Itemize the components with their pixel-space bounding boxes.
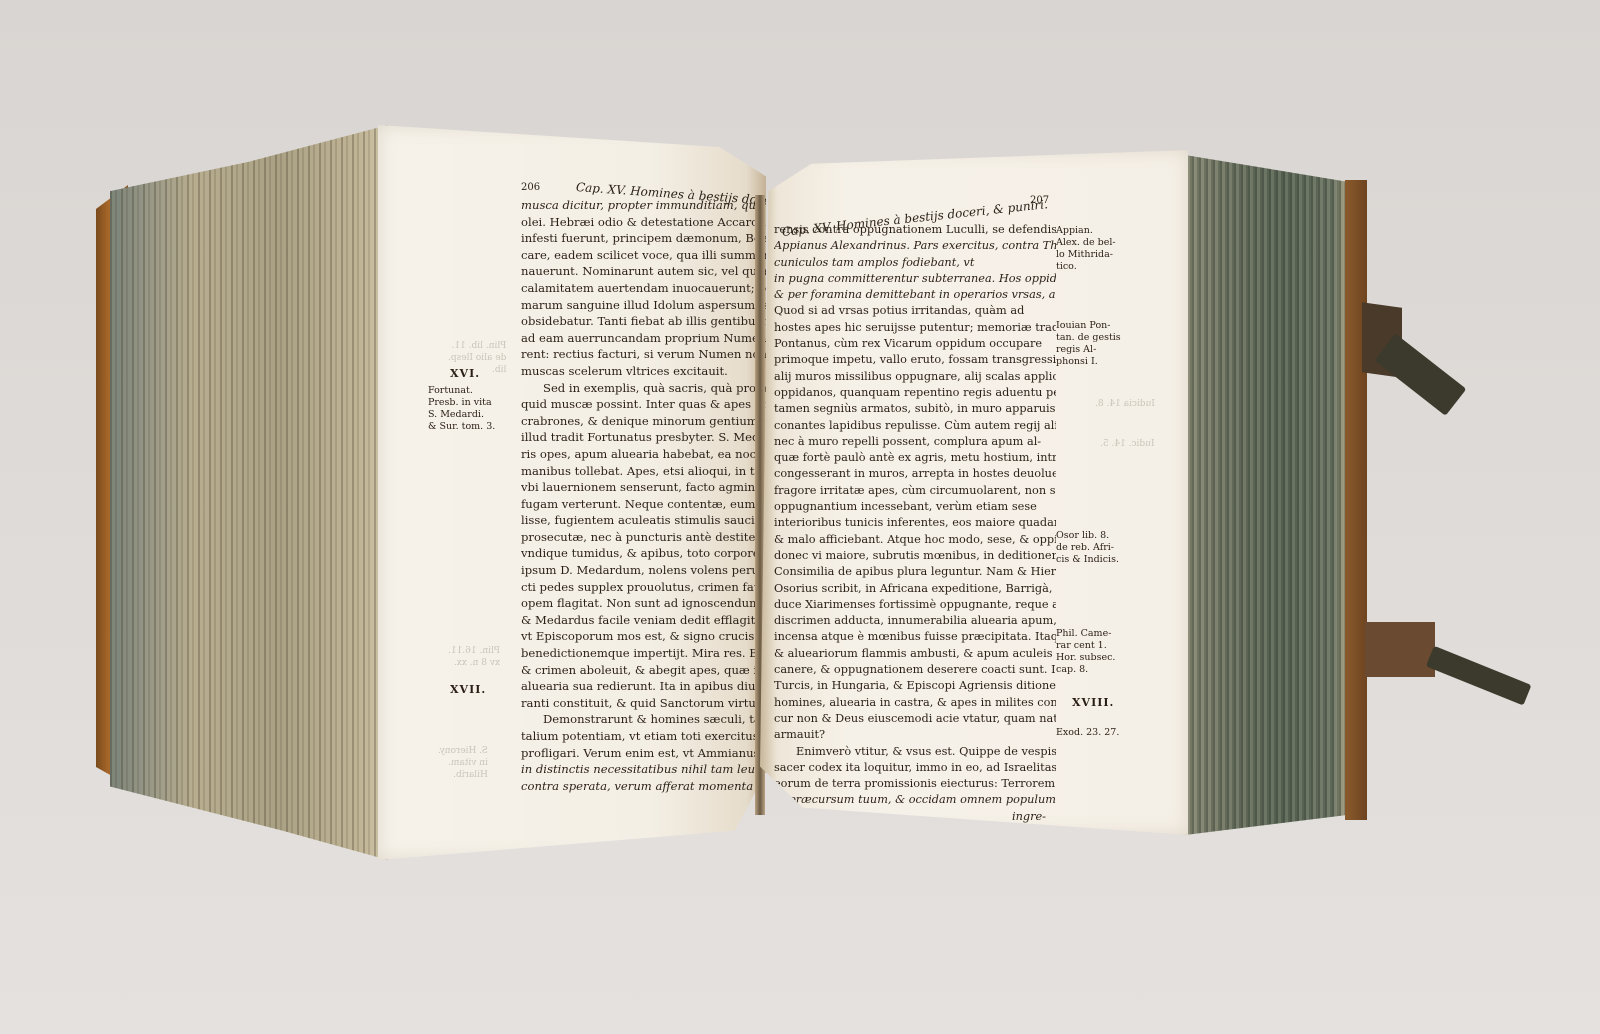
margin-note: Phil. Came- rar cent 1. Hor. subsec. cap… [1056,628,1115,676]
right-page: Cap. XV. Homines à bestijs doceri, & pun… [760,150,1188,835]
bleed-through-text: Plin. 16.11.xv 8 n. xx. [448,645,500,669]
left-page-block-fore-edge [110,125,388,860]
bleed-through-text: Iudic. 14. 5. [1100,438,1155,450]
clasp-strap-bottom-base [1365,622,1435,677]
left-page-body-text: musca dicitur, propter immunditiam, qua … [521,197,766,794]
bleed-through-text: Iudicia 14. 8. [1095,398,1155,410]
page-number-left: 206 [521,182,540,193]
margin-note: Iouian Pon- tan. de gestis regis Al- pho… [1056,320,1121,368]
section-number-xvi: XVI. [450,367,480,380]
section-number-xvii: XVII. [450,683,486,696]
clasp-strap-bottom [1426,646,1532,706]
margin-note: Osor lib. 8. de reb. Afri- cis & Indicis… [1056,530,1119,566]
section-number-xviii: XVIII. [1072,696,1114,709]
margin-note: Exod. 23. 27. [1056,727,1119,739]
right-page-block-fore-edge [1185,155,1350,835]
margin-note: Appian. Alex. de bel- lo Mithrida- tico. [1056,225,1116,273]
left-page: 206 Cap. XV. Homines à bestijs doceri, &… [378,125,766,860]
bleed-through-text: S. Hierony.in vitam.Hilarib. [438,745,488,781]
right-page-body-text: rensis contra oppugnationem Luculli, se … [774,222,1056,825]
margin-note: Fortunat. Presb. in vita S. Medardi. & S… [428,385,495,433]
right-leather-cover [1345,180,1367,820]
page-number-right: 207 [1030,195,1049,206]
catchword: ingre- [774,809,1056,825]
